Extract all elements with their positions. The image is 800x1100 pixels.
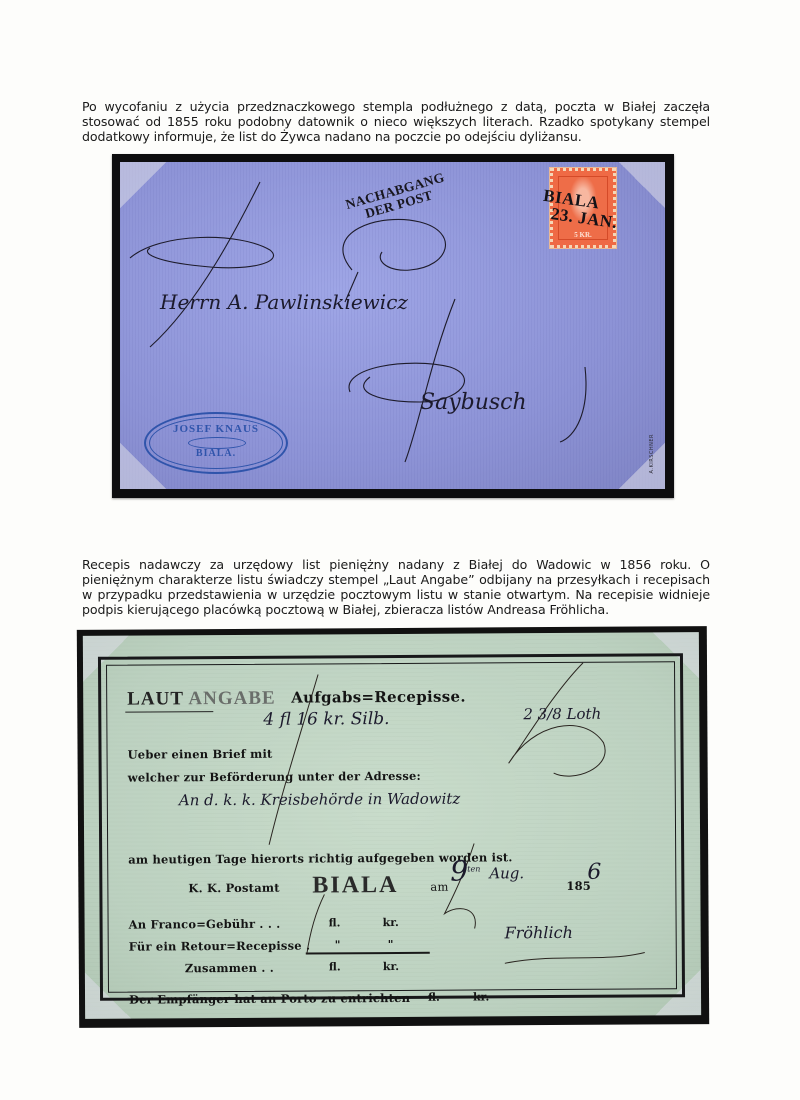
laut-angabe-stamp: LAUT ANGABE [127, 688, 276, 711]
line-am: am [430, 880, 448, 894]
laut-text: LAUT [127, 688, 184, 709]
line-retour: Für ein Retour=Recepisse . [129, 939, 311, 954]
porto-fl: fl. [428, 991, 440, 1004]
cover-envelope: Herrn A. Pawlinskiewicz Saybusch NACHABG… [120, 162, 665, 489]
cover-mount-frame: Herrn A. Pawlinskiewicz Saybusch NACHABG… [112, 154, 674, 498]
porto-kr: kr. [473, 990, 489, 1003]
line-adresse: welcher zur Beförderung unter der Adress… [128, 769, 421, 785]
angabe-text: ANGABE [188, 688, 275, 710]
biala-office-stamp: BIALA [312, 872, 398, 900]
franco-kr: kr. [383, 916, 399, 929]
retour-kr-ditto: " [388, 938, 394, 951]
printer-mark: A.KIRSCHNER [649, 434, 655, 473]
destination-text: Saybusch [420, 390, 527, 415]
receipt-mount-frame: LAUT ANGABE Aufgabs=Recepisse. Ueber ein… [77, 626, 709, 1028]
line-heutigen: am heutigen Tage hierorts richtig aufgeg… [128, 850, 512, 866]
sender-name: JOSEF KNAUS [146, 423, 286, 435]
line-postamt: K. K. Postamt [188, 881, 279, 896]
receipt-printed-border: LAUT ANGABE Aufgabs=Recepisse. Ueber ein… [98, 653, 685, 1001]
franco-fl: fl. [329, 916, 341, 929]
sender-oval-stamp: JOSEF KNAUS BIALA. [144, 412, 288, 474]
cover-caption: Po wycofaniu z użycia przedznaczkowego s… [82, 99, 710, 145]
line-franco: An Franco=Gebühr . . . [129, 917, 281, 932]
zusammen-kr: kr. [383, 960, 399, 973]
receipt-caption: Recepis nadawczy za urzędowy list pienię… [82, 557, 710, 618]
retour-fl-ditto: " [335, 938, 341, 951]
line-year: 185 [566, 879, 591, 893]
line-zusammen: Zusammen . . [185, 961, 274, 976]
line-porto: Der Empfänger hat an Porto zu entrichten [129, 991, 410, 1007]
receipt-form: LAUT ANGABE Aufgabs=Recepisse. Ueber ein… [83, 632, 701, 1019]
addressee-text: Herrn A. Pawlinskiewicz [159, 290, 408, 314]
sender-city: BIALA. [146, 448, 286, 459]
stamp-value: 5 KR. [553, 231, 613, 239]
receipt-title: Aufgabs=Recepisse. [291, 688, 466, 707]
line-brief: Ueber einen Brief mit [128, 747, 273, 762]
zusammen-fl: fl. [329, 960, 341, 973]
